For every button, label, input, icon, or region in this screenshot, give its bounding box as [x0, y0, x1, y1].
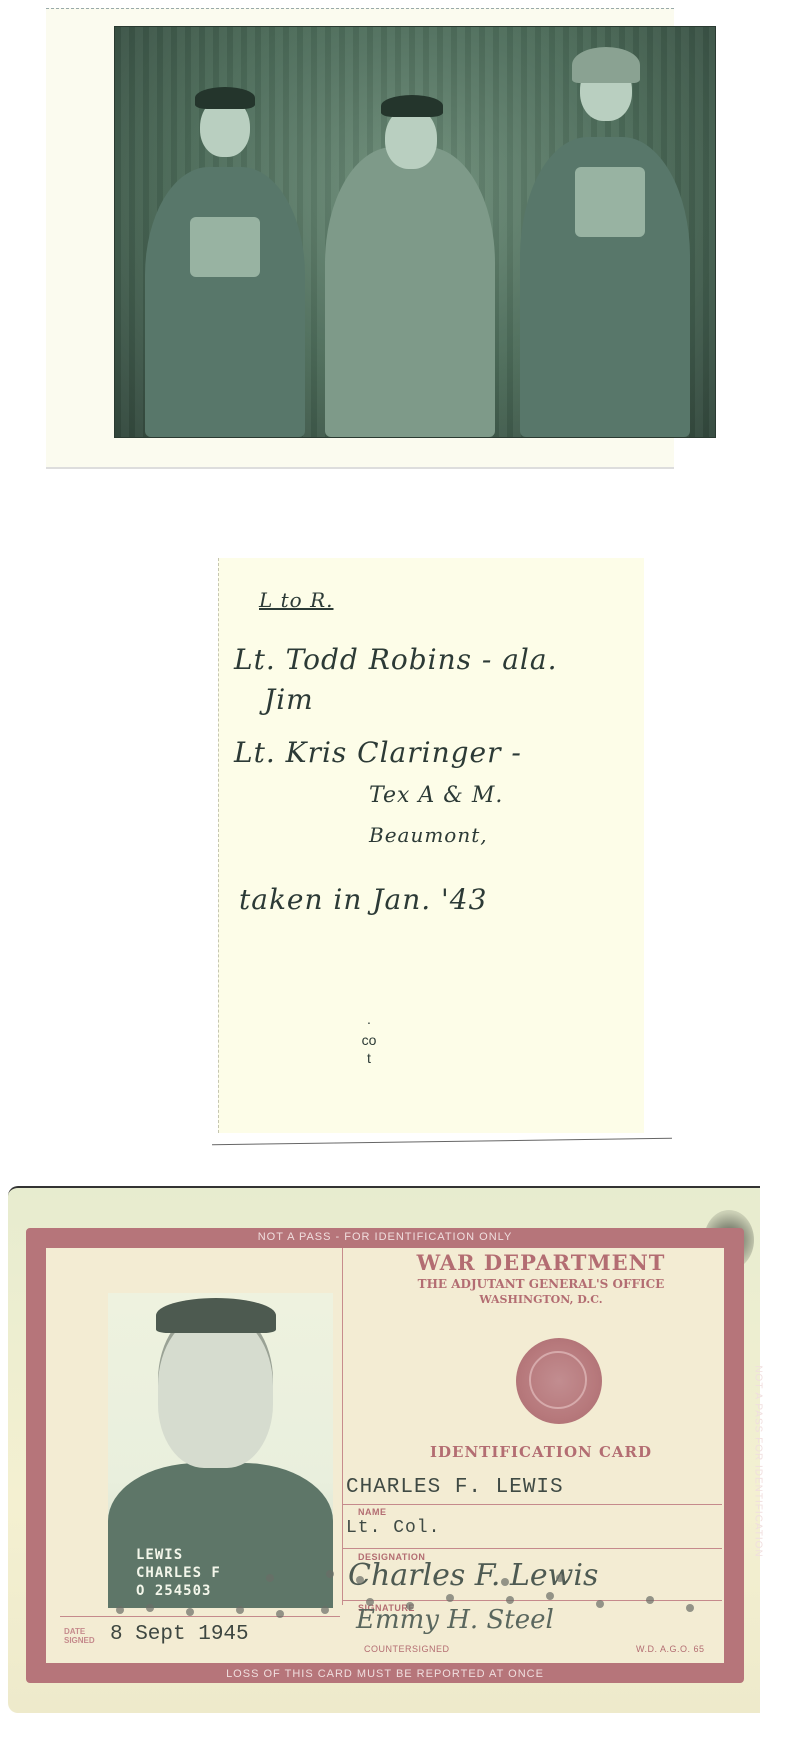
- note-line: Lt. Kris Claringer -: [234, 736, 522, 769]
- card-top-band: NOT A PASS - FOR IDENTIFICATION ONLY: [46, 1226, 724, 1248]
- note-heading: L to R.: [259, 588, 334, 612]
- office-city: WASHINGTON, D.C.: [356, 1293, 726, 1306]
- signature-value: Charles F. Lewis: [348, 1558, 598, 1593]
- card-title: IDENTIFICATION CARD: [356, 1443, 726, 1461]
- card-side-text-right: NOT A PASS FOR IDENTIFICATION: [752, 1365, 763, 1557]
- note-edge-shadow: [212, 1138, 672, 1145]
- countersigned-value: Emmy H. Steel: [356, 1605, 554, 1635]
- id-card: NOT A PASS - FOR IDENTIFICATION ONLY LOS…: [8, 1186, 760, 1713]
- note-margin-marks: · co t: [354, 1013, 384, 1067]
- note-line: Jim: [264, 683, 314, 716]
- id-portrait: LEWIS CHARLES F O 254503: [108, 1293, 333, 1608]
- card-divider: [342, 1248, 343, 1605]
- date-signed-value: 8 Sept 1945: [110, 1623, 249, 1646]
- issuer-header: WAR DEPARTMENT THE ADJUTANT GENERAL'S OF…: [356, 1248, 726, 1306]
- date-signed-box: DATE SIGNED 8 Sept 1945: [60, 1616, 340, 1659]
- soldier-right: [500, 37, 700, 437]
- department-title: WAR DEPARTMENT: [356, 1250, 726, 1275]
- portrait-placard: LEWIS CHARLES F O 254503: [136, 1546, 221, 1600]
- id-card-border: NOT A PASS - FOR IDENTIFICATION ONLY LOS…: [26, 1228, 744, 1683]
- office-title: THE ADJUTANT GENERAL'S OFFICE: [356, 1277, 726, 1291]
- date-signed-label: DATE SIGNED: [64, 1627, 95, 1645]
- name-value: CHARLES F. LEWIS: [346, 1476, 564, 1499]
- note-line: Beaumont,: [369, 823, 488, 847]
- card-bottom-band: LOSS OF THIS CARD MUST BE REPORTED AT ON…: [46, 1663, 724, 1685]
- designation-value: Lt. Col.: [346, 1518, 440, 1538]
- countersigned-label: COUNTERSIGNED: [364, 1644, 450, 1654]
- name-label: NAME: [358, 1507, 387, 1517]
- seal-icon: [516, 1338, 602, 1424]
- soldiers-photograph: [114, 26, 716, 438]
- form-number: W.D. A.G.O. 65: [636, 1644, 705, 1654]
- handwritten-note: L to R. Lt. Todd Robins - ala. Jim Lt. K…: [218, 558, 644, 1133]
- note-line: Tex A & M.: [369, 783, 503, 808]
- photograph-mount: [46, 8, 674, 467]
- soldier-left: [135, 57, 315, 437]
- note-line: taken in Jan. '43: [239, 883, 487, 916]
- soldier-center: [315, 57, 505, 437]
- note-line: Lt. Todd Robins - ala.: [234, 643, 557, 676]
